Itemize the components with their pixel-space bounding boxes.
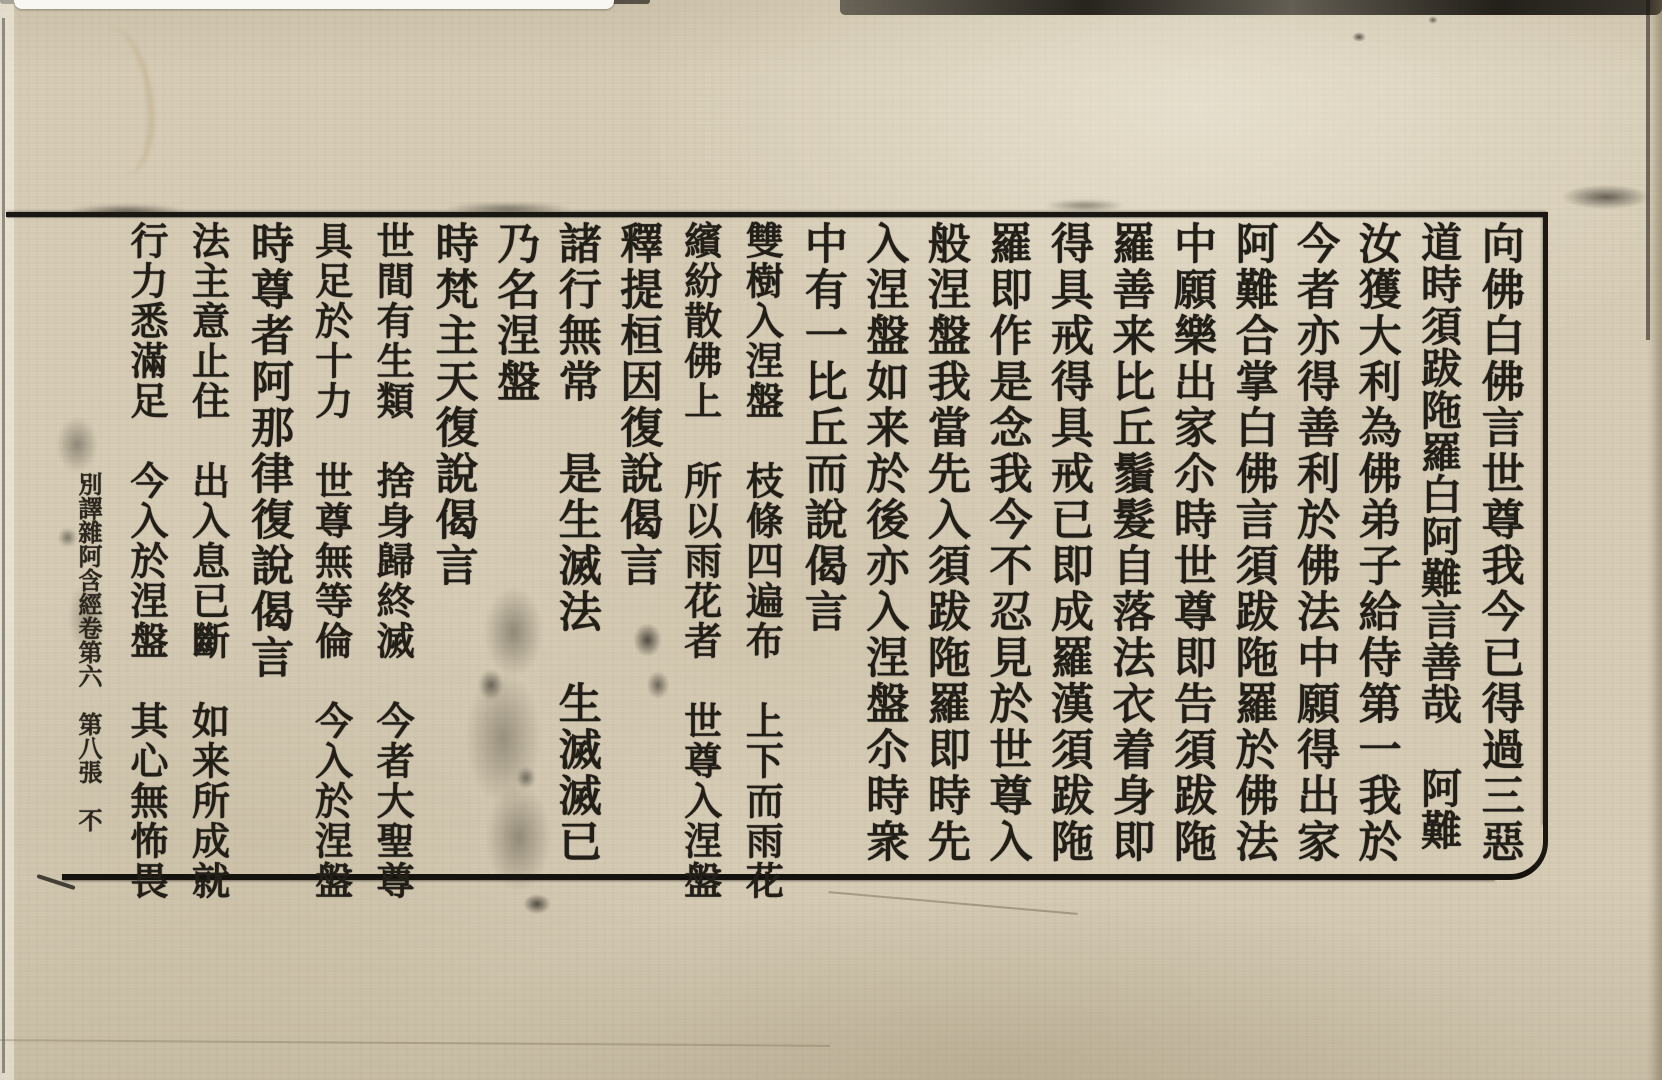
sutra-page-scan: 向佛白佛言世尊我今已得過三惡 道時須跋陁羅白阿難言善哉 阿難 汝獲大利為佛弟子給… xyxy=(0,0,1662,1080)
text-column-05: 阿難合掌白佛言須跋陁羅於佛法 xyxy=(1224,221,1284,874)
ink-smudge xyxy=(1552,182,1660,212)
ink-speck xyxy=(1352,32,1366,42)
text-column-23-verse: 行力悉滿足 今入於涅盤 其心無怖畏 xyxy=(116,221,176,874)
text-column-14-verse: 繽紛散佛上 所以雨花者 世尊入涅盤 xyxy=(670,221,730,874)
frame-border-top xyxy=(6,212,1548,217)
text-column-18: 時梵主天復說偈言 xyxy=(424,221,484,874)
ink-smudge xyxy=(62,200,192,218)
text-column-15: 釋提桓因復說偈言 xyxy=(608,221,668,874)
text-block: 向佛白佛言世尊我今已得過三惡 道時須跋陁羅白阿難言善哉 阿難 汝獲大利為佛弟子給… xyxy=(116,221,1530,874)
text-column-12: 中有一比丘而說偈言 xyxy=(793,221,853,874)
page-right-edge-line xyxy=(1646,0,1650,340)
text-column-08: 得具戒得具戒已即成羅漢須跋陁 xyxy=(1039,221,1099,874)
ink-smudge xyxy=(438,198,578,216)
frame-border-right xyxy=(1543,214,1548,826)
text-column-02: 道時須跋陁羅白阿難言善哉 阿難 xyxy=(1408,221,1468,874)
text-column-13-verse: 雙樹入涅盤 枝條四遍布 上下而雨花 xyxy=(731,221,791,874)
text-column-06: 中願樂出家尒時世尊即告須跋陁 xyxy=(1162,221,1222,874)
ink-speck xyxy=(1428,16,1438,24)
text-column-01: 向佛白佛言世尊我今已得過三惡 xyxy=(1470,221,1530,874)
page-top-edge-smudge xyxy=(840,0,1662,15)
colophon-column: 別譯雜阿含經卷第六 第八張 不 xyxy=(68,472,108,852)
water-stain xyxy=(78,25,154,175)
page-right-edge-shadow xyxy=(1648,0,1662,1080)
text-column-09: 羅即作是念我今不忍見於世尊入 xyxy=(977,221,1037,874)
text-column-11: 入涅盤如来於後亦入涅盤尒時衆 xyxy=(854,221,914,874)
page-left-edge-line xyxy=(2,18,5,1073)
text-column-19-verse: 世間有生類 捨身歸終滅 今者大聖尊 xyxy=(362,221,422,874)
text-column-20-verse: 具足於十力 世尊無等倫 今入於涅盤 xyxy=(301,221,361,874)
ink-smudge xyxy=(1040,196,1130,212)
text-column-10: 般涅盤我當先入須跋陁羅即時先 xyxy=(916,221,976,874)
text-column-22-verse: 法主意止住 出入息已斷 如来所成就 xyxy=(178,221,238,874)
paper-crease xyxy=(828,891,1077,915)
text-column-07: 羅善来比丘鬚髮自落法衣着身即 xyxy=(1101,221,1161,874)
scan-artifact-strip xyxy=(14,0,614,9)
text-column-16-verse: 諸行無常 是生滅法 生滅滅已 xyxy=(547,221,607,874)
text-column-17-verse: 乃名涅盤 xyxy=(485,221,545,874)
paper-crease xyxy=(0,1039,830,1047)
ink-spot xyxy=(518,890,556,918)
text-column-04: 今者亦得善利於佛法中願得出家 xyxy=(1285,221,1345,874)
text-column-03: 汝獲大利為佛弟子給侍第一我於 xyxy=(1347,221,1407,874)
text-column-21: 時尊者阿那律復說偈言 xyxy=(239,221,299,874)
